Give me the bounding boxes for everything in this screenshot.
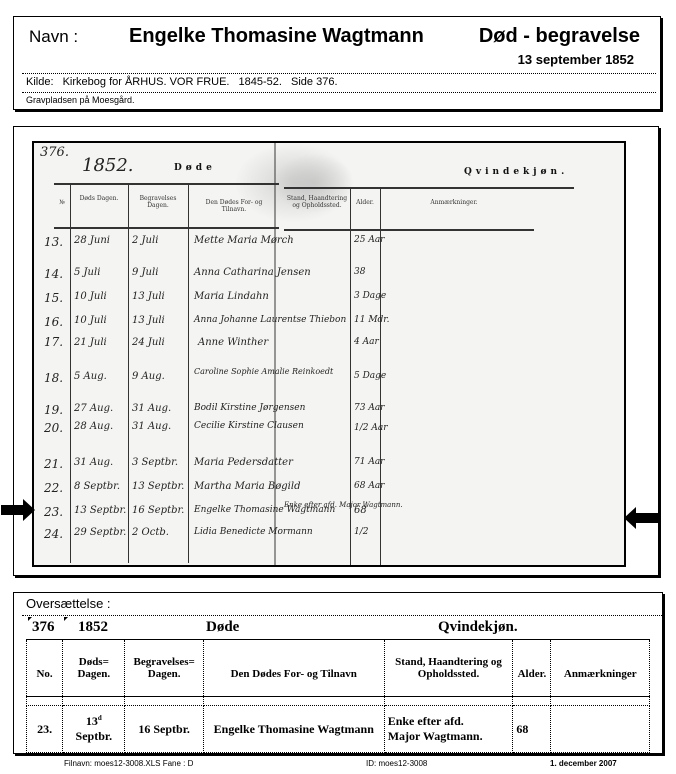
cell-name: Engelke Thomasine Wagtmann	[203, 706, 384, 753]
scan-row-death: 28 Juni	[74, 235, 110, 246]
scan-row-death: 31 Aug.	[74, 457, 113, 468]
scan-col-notes: Anmærkninger.	[404, 199, 504, 206]
scan-row-age: 3 Dage	[354, 291, 386, 301]
source-line: Kilde: Kirkebog for ÅRHUS. VOR FRUE. 184…	[26, 76, 344, 88]
scan-row-burial: 9 Aug.	[132, 371, 165, 382]
scan-row-no: 23.	[44, 505, 63, 519]
translation-year: 1852	[78, 619, 108, 636]
scan-row-age: 4 Aar	[354, 337, 379, 347]
scan-page-number: 376.	[40, 145, 69, 160]
source-label: Kilde:	[26, 76, 54, 88]
scan-row-death: 21 Juli	[74, 337, 107, 348]
footer-filename: Filnavn: moes12-3008.XLS Fane : D	[64, 759, 193, 768]
col-no: No.	[27, 640, 63, 697]
scan-row-age: 5 Dage	[354, 371, 386, 381]
scan-row-no: 20.	[44, 421, 63, 435]
col-death-day: Døds=Dagen.	[63, 640, 125, 697]
scan-row-death: 13 Septbr.	[74, 505, 126, 516]
scan-col-burial: Begravelses Dagen.	[130, 195, 186, 209]
scan-row-death: 10 Juli	[74, 315, 107, 326]
church-book-scan: 376. 1852. Døde Qvindekjøn. № Døds Dagen…	[13, 126, 659, 576]
scan-row-burial: 13 Juli	[132, 315, 165, 326]
scan-row-age: 73 Aar	[354, 403, 384, 413]
scan-row-name: Anna Catharina Jensen	[194, 267, 311, 278]
scan-row-no: 21.	[44, 457, 63, 471]
translation-title-right: Qvindekjøn.	[438, 619, 518, 636]
scan-row-burial: 9 Juli	[132, 267, 158, 278]
scan-col-name: Den Dødes For- og Tilnavn.	[194, 199, 274, 213]
scan-row-burial: 13 Juli	[132, 291, 165, 302]
source-page: Side 376.	[291, 76, 337, 88]
col-burial-day: Begravelses=Dagen.	[125, 640, 203, 697]
scan-row-burial: 31 Aug.	[132, 403, 171, 414]
scan-row-burial: 2 Octb.	[132, 527, 169, 538]
col-age: Alder.	[513, 640, 551, 697]
person-name: Engelke Thomasine Wagtmann	[129, 25, 424, 48]
scan-col-stand: Stand, Haandtering og Opholdssted.	[286, 195, 348, 209]
scan-row-burial: 24 Juli	[132, 337, 165, 348]
cell-age: 68	[513, 706, 551, 753]
burial-place: Gravpladsen på Moesgård.	[26, 95, 135, 105]
scan-row-age: 25 Aar	[354, 235, 384, 245]
scan-row-no: 22.	[44, 481, 63, 495]
scan-row-age: 68	[354, 505, 367, 516]
scan-row-age: 1/2 Aar	[354, 423, 388, 433]
scan-row-no: 13.	[44, 235, 63, 249]
table-header-row: No. Døds=Dagen. Begravelses=Dagen. Den D…	[27, 640, 650, 697]
scan-row-name: Anne Winther	[198, 337, 268, 348]
scan-row-no: 24.	[44, 527, 63, 541]
scan-row-burial: 16 Septbr.	[132, 505, 184, 516]
scan-row-burial: 2 Juli	[132, 235, 158, 246]
scan-row-death: 28 Aug.	[74, 421, 113, 432]
scan-row-name: Maria Lindahn	[194, 291, 269, 302]
cell-stand: Enke efter afd.Major Wagtmann.	[384, 706, 513, 753]
cell-burial-day: 16 Septbr.	[125, 706, 203, 753]
scan-row-age: 71 Aar	[354, 457, 384, 467]
cell-notes	[551, 706, 650, 753]
translation-page: 376	[32, 619, 55, 636]
col-stand: Stand, Haandtering ogOpholdssted.	[384, 640, 513, 697]
scan-row-age: 1/2	[354, 527, 368, 537]
scan-row-burial: 3 Septbr.	[132, 457, 178, 468]
table-row: 23. 13d Septbr. 16 Septbr. Engelke Thoma…	[27, 706, 650, 753]
scan-row-burial: 13 Septbr.	[132, 481, 184, 492]
source-book: Kirkebog for ÅRHUS. VOR FRUE.	[63, 76, 230, 88]
divider	[22, 615, 662, 616]
scan-row-age: 68 Aar	[354, 481, 384, 491]
footer-date: 1. december 2007	[550, 759, 617, 768]
scan-row-no: 14.	[44, 267, 63, 281]
footer-id: ID: moes12-3008	[366, 759, 427, 768]
scan-col-age: Alder.	[352, 199, 378, 206]
scan-row-name: Martha Maria Bøgild	[194, 481, 300, 492]
scan-row-death: 8 Septbr.	[74, 481, 120, 492]
col-name: Den Dødes For- og Tilnavn	[203, 640, 384, 697]
scan-row-no: 16.	[44, 315, 63, 329]
scan-row-death: 5 Aug.	[74, 371, 107, 382]
scan-row-no: 19.	[44, 403, 63, 417]
scan-row-death: 29 Septbr.	[74, 527, 126, 538]
comment-marker-icon	[64, 617, 68, 621]
scan-row-death: 5 Juli	[74, 267, 100, 278]
cell-death-day: 13d Septbr.	[63, 706, 125, 753]
arrow-right-icon	[1, 499, 35, 521]
scan-year: 1852.	[82, 155, 134, 176]
scan-row-death: 10 Juli	[74, 291, 107, 302]
scan-row-death: 27 Aug.	[74, 403, 113, 414]
scan-row-burial: 31 Aug.	[132, 421, 171, 432]
scan-row-name: Cecilie Kirstine Clausen	[194, 421, 304, 431]
event-date: 13 september 1852	[518, 52, 634, 67]
translation-label: Oversættelse :	[26, 596, 111, 611]
scan-row-age: 11 Mdr.	[354, 315, 389, 325]
scan-row-no: 17.	[44, 335, 63, 349]
scan-title-right: Qvindekjøn.	[464, 167, 568, 177]
scan-row-name: Bodil Kirstine Jørgensen	[194, 403, 305, 413]
source-years: 1845-52.	[239, 76, 282, 88]
record-header: Navn : Engelke Thomasine Wagtmann Død - …	[13, 16, 661, 110]
scan-image: 376. 1852. Døde Qvindekjøn. № Døds Dagen…	[32, 141, 626, 567]
scan-col-no: №	[54, 199, 70, 206]
event-type: Død - begravelse	[479, 25, 640, 48]
translation-title-left: Døde	[206, 619, 239, 636]
arrow-left-icon	[624, 507, 658, 529]
scan-row-no: 15.	[44, 291, 63, 305]
scan-row-name: Mette Maria Mørch	[194, 235, 294, 246]
scan-row-no: 18.	[44, 371, 63, 385]
scan-row-age: 38	[354, 267, 365, 277]
page-fold	[274, 143, 276, 565]
scan-row-name: Anna Johanne Laurentse Thiebon	[194, 315, 346, 325]
scan-row-name: Caroline Sophie Amalie Reinkoedt	[194, 367, 333, 376]
cell-no: 23.	[27, 706, 63, 753]
scan-col-death: Døds Dagen.	[72, 195, 126, 202]
divider	[22, 92, 656, 93]
translation-panel: Oversættelse : 376 1852 Døde Qvindekjøn.…	[13, 592, 663, 754]
scan-row-name: Lidia Benedicte Mormann	[194, 527, 313, 537]
scan-row-name: Maria Pedersdatter	[194, 457, 293, 468]
name-label: Navn :	[29, 27, 78, 47]
scan-title-left: Døde	[174, 163, 216, 173]
scan-row-stand: Enke efter afd. Major Wagtmann.	[284, 501, 403, 509]
divider	[22, 73, 656, 74]
translation-table: No. Døds=Dagen. Begravelses=Dagen. Den D…	[26, 639, 650, 753]
col-notes: Anmærkninger	[551, 640, 650, 697]
